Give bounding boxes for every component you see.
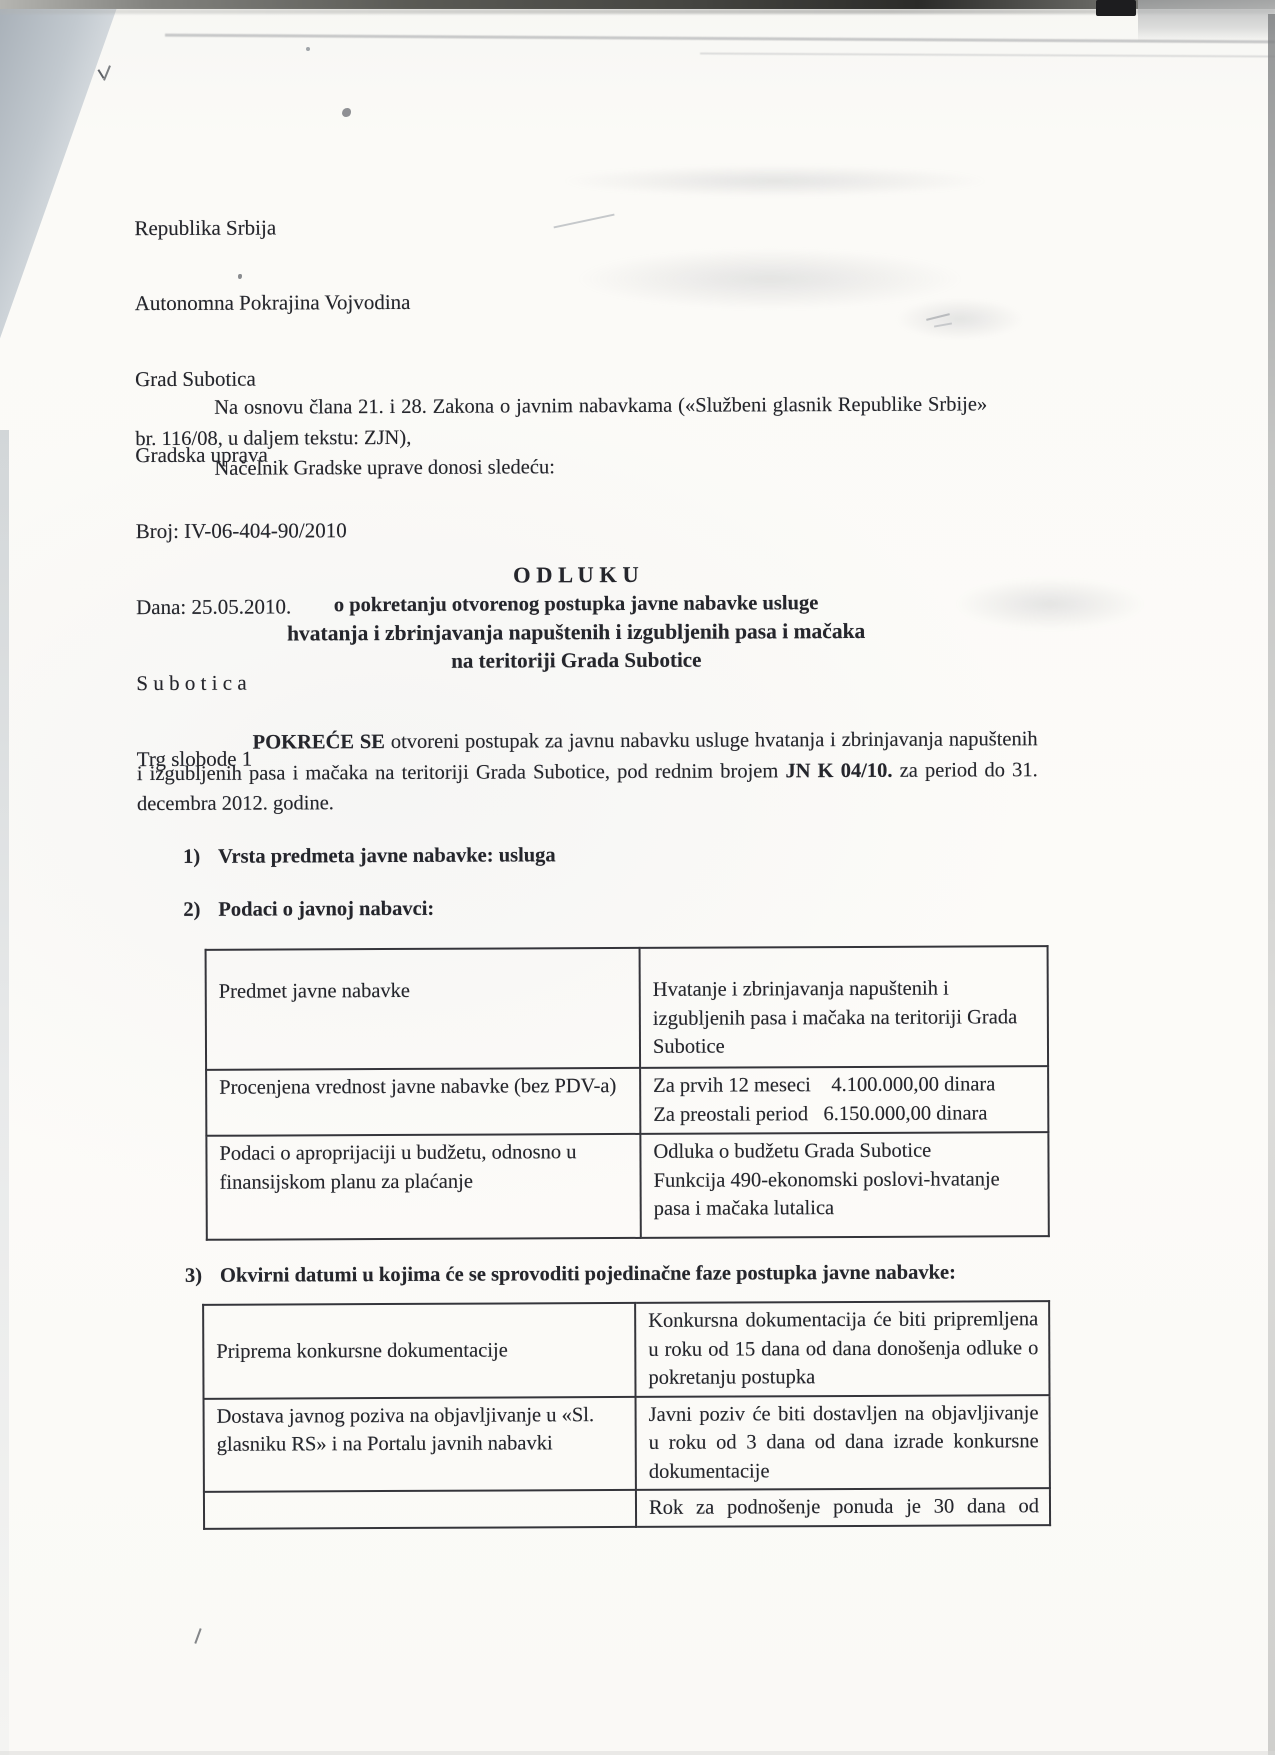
letterhead-province: Autonomna Pokrajina Vojvodina	[135, 290, 411, 316]
item-2-text: Podaci o javnoj nabavci:	[218, 896, 434, 924]
item-1-text: Vrsta predmeta javne nabavke: usluga	[218, 842, 556, 870]
procurement-data-table: Predmet javne nabavke Hvatanje i zbrinja…	[205, 945, 1050, 1241]
item-1-number: 1)	[183, 844, 218, 871]
table-row: Dostava javnog poziva na objavljivanje u…	[204, 1395, 1050, 1492]
decision-lead: POKREĆE SE	[253, 731, 385, 754]
table-row: Predmet javne nabavke Hvatanje i zbrinja…	[206, 946, 1049, 1070]
decision-title-block: O D L U K U o pokretanju otvorenog postu…	[136, 559, 1016, 676]
item-2-number: 2)	[183, 897, 218, 924]
cell-subject-label: Predmet javne nabavke	[206, 948, 641, 1070]
decision-paragraph: POKREĆE SE otvoreni postupak za javnu na…	[137, 724, 1038, 820]
cell-deadline-value: Rok za podnošenje ponuda je 30 dana od	[636, 1488, 1050, 1526]
item-3: 3) Okvirni datumi u kojima će se sprovod…	[185, 1259, 1185, 1290]
cell-value-label: Procenjena vrednost javne nabavke (bez P…	[206, 1068, 640, 1136]
issuer-line: Načelnik Gradske uprave donosi sledeću:	[214, 456, 555, 480]
cell-value-amounts: Za prvih 12 meseci 4.100.000,00 dinara Z…	[640, 1066, 1048, 1134]
amount-first-period: Za prvih 12 meseci 4.100.000,00 dinara	[653, 1070, 1037, 1100]
table-row: Rok za podnošenje ponuda je 30 dana od	[204, 1488, 1050, 1528]
item-2: 2) Podaci o javnoj nabavci:	[183, 896, 434, 924]
decision-subtitle-2: hvatanja i zbrinjavanja napuštenih i izg…	[136, 617, 1016, 648]
letterhead-city: Grad Subotica	[135, 366, 411, 392]
decision-subtitle-3: na teritoriji Grada Subotice	[136, 645, 1016, 676]
table-row: Procenjena vrednost javne nabavke (bez P…	[206, 1066, 1048, 1136]
legal-basis-paragraph: Na osnovu člana 21. i 28. Zakona o javni…	[135, 389, 987, 455]
cell-empty	[204, 1490, 636, 1528]
scanned-document-page: Republika Srbija Autonomna Pokrajina Voj…	[0, 0, 1275, 1755]
amount-remaining-period: Za preostali period 6.150.000,00 dinara	[653, 1099, 1037, 1129]
table-row: Priprema konkursne dokumentacije Konkurs…	[203, 1301, 1049, 1398]
cell-appropriation-value: Odluka o budžetu Grada Subotice Funkcija…	[640, 1132, 1048, 1238]
item-1: 1) Vrsta predmeta javne nabavke: usluga	[183, 842, 556, 871]
appropriation-line-1: Odluka o budžetu Grada Subotice	[653, 1136, 1037, 1166]
cell-preparation-value: Konkursna dokumentacija će biti pripreml…	[635, 1301, 1049, 1396]
letterhead-number: Broj: IV-06-404-90/2010	[136, 518, 412, 544]
cell-subject-value: Hvatanje i zbrinjavanja napuštenih i izg…	[640, 946, 1049, 1068]
decision-reference: JN K 04/10.	[785, 759, 892, 781]
item-3-number: 3)	[185, 1263, 220, 1290]
decision-title: O D L U K U	[136, 559, 1016, 591]
document-content: Republika Srbija Autonomna Pokrajina Voj…	[0, 0, 1275, 1755]
cell-publication-label: Dostava javnog poziva na objavljivanje u…	[204, 1396, 636, 1491]
cell-publication-value: Javni poziv će biti dostavljen na objavl…	[636, 1395, 1050, 1490]
schedule-table: Priprema konkursne dokumentacije Konkurs…	[202, 1300, 1051, 1529]
decision-subtitle-1: o pokretanju otvorenog postupka javne na…	[136, 589, 1016, 620]
letterhead: Republika Srbija Autonomna Pokrajina Voj…	[134, 164, 413, 823]
letterhead-country: Republika Srbija	[134, 215, 410, 241]
appropriation-line-2: Funkcija 490-ekonomski poslovi-hvatanje …	[654, 1165, 1038, 1224]
cell-preparation-label: Priprema konkursne dokumentacije	[203, 1303, 635, 1398]
table-row: Podaci o aproprijaciji u budžetu, odnosn…	[206, 1132, 1048, 1240]
cell-appropriation-label: Podaci o aproprijaciji u budžetu, odnosn…	[206, 1134, 640, 1240]
item-3-text: Okvirni datumi u kojima će se sprovoditi…	[220, 1260, 956, 1290]
